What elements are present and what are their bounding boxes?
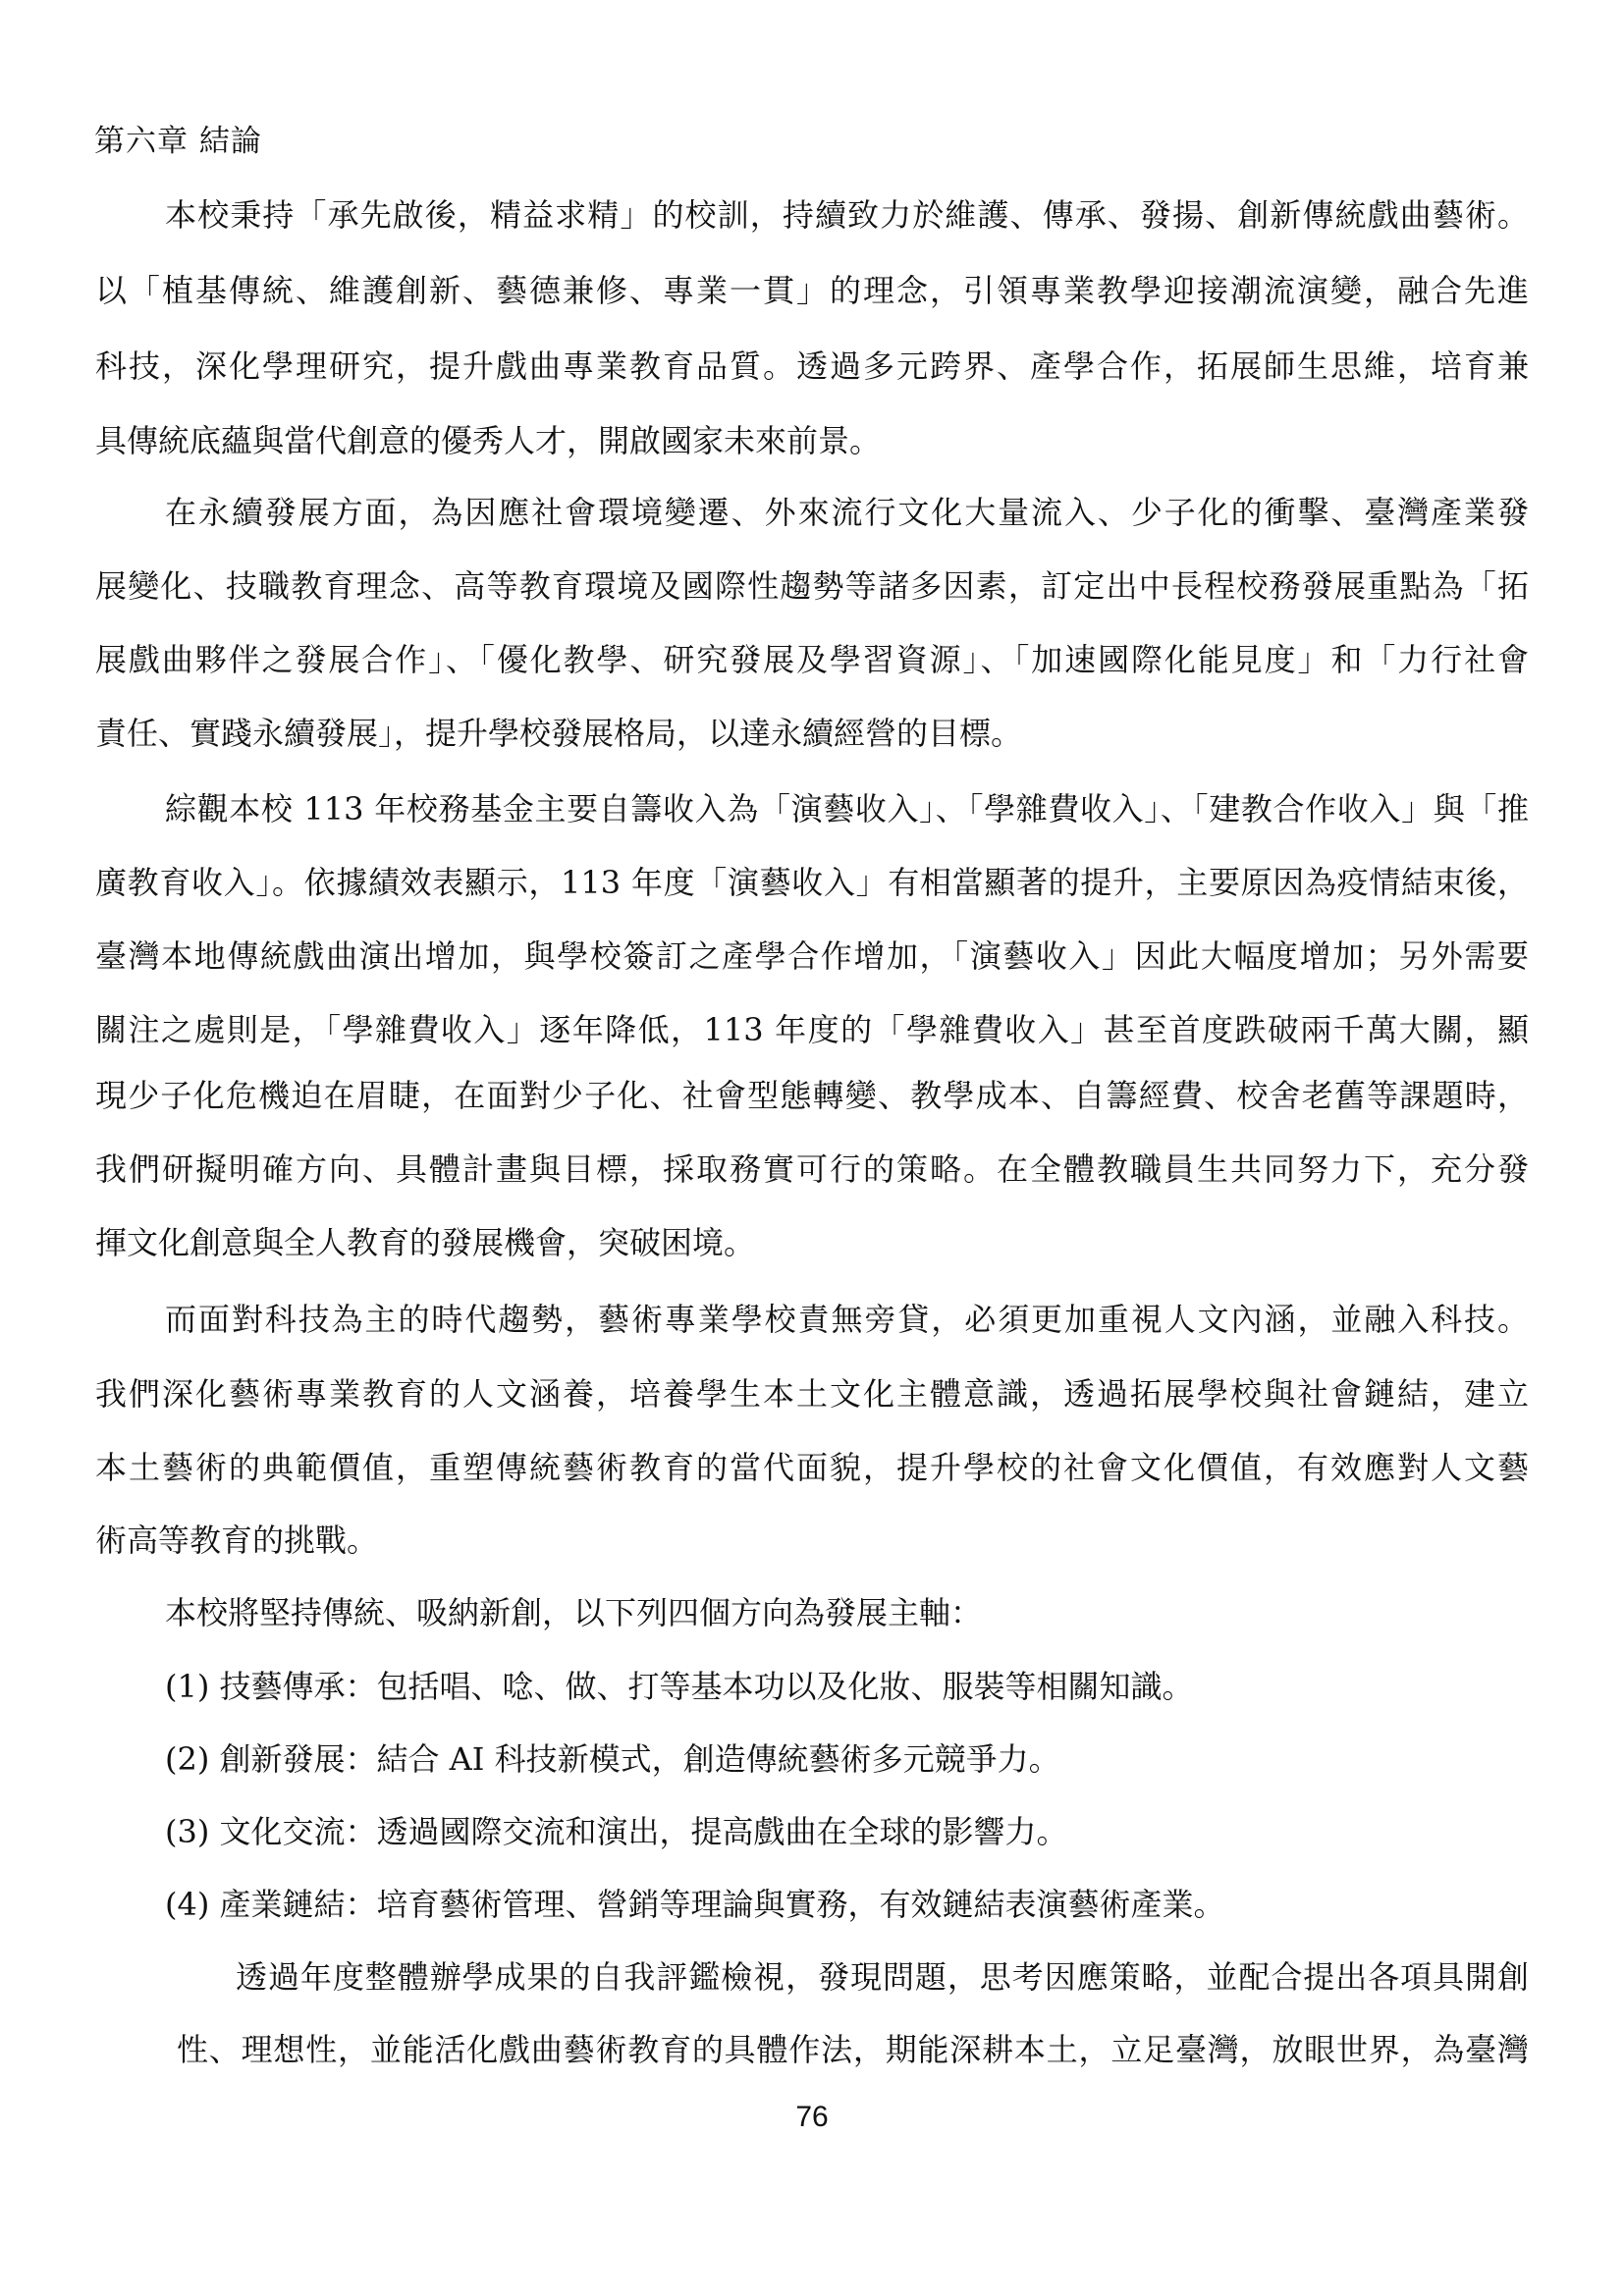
paragraph-4-line-1: 而面對科技為主的時代趨勢，藝術專業學校責無旁貸，必須更加重視人文內涵，並融入科技…: [165, 1298, 1529, 1341]
paragraph-3-line-3: 臺灣本地傳統戲曲演出增加，與學校簽訂之產學合作增加，「演藝收入」因此大幅度增加；…: [95, 934, 1529, 978]
direction-item-1: (1) 技藝傳承：包括唱、唸、做、打等基本功以及化妝、服裝等相關知識。: [165, 1665, 1529, 1708]
paragraph-3-line-5: 現少子化危機迫在眉睫，在面對少子化、社會型態轉變、教學成本、自籌經費、校舍老舊等…: [95, 1074, 1529, 1117]
paragraph-1-line-3: 科技，深化學理研究，提升戲曲專業教育品質。透過多元跨界、產學合作，拓展師生思維，…: [95, 345, 1529, 388]
paragraph-2-line-3: 展戲曲夥伴之發展合作」、「優化教學、研究發展及學習資源」、「加速國際化能見度」和…: [95, 638, 1529, 681]
paragraph-1-line-4: 具傳統底蘊與當代創意的優秀人才，開啟國家未來前景。: [95, 419, 1529, 462]
page-number: 76: [0, 2101, 1624, 2134]
closing-line-2: 性、理想性，並能活化戲曲藝術教育的具體作法，期能深耕本土，立足臺灣，放眼世界，為…: [177, 2028, 1529, 2071]
paragraph-3-line-2: 廣教育收入」。依據績效表顯示，113 年度「演藝收入」有相當顯著的提升，主要原因…: [95, 861, 1529, 904]
paragraph-2-line-1: 在永續發展方面，為因應社會環境變遷、外來流行文化大量流入、少子化的衝擊、臺灣產業…: [165, 491, 1529, 534]
direction-item-4: (4) 產業鏈結：培育藝術管理、營銷等理論與實務，有效鏈結表演藝術產業。: [165, 1883, 1529, 1926]
paragraph-3-line-4: 關注之處則是，「學雜費收入」逐年降低，113 年度的「學雜費收入」甚至首度跌破兩…: [95, 1008, 1529, 1051]
paragraph-3-line-7: 揮文化創意與全人教育的發展機會，突破困境。: [95, 1221, 1529, 1264]
paragraph-4-line-2: 我們深化藝術專業教育的人文涵養，培養學生本土文化主體意識，透過拓展學校與社會鏈結…: [95, 1372, 1529, 1415]
paragraph-1-line-1: 本校秉持「承先啟後，精益求精」的校訓，持續致力於維護、傳承、發揚、創新傳統戲曲藝…: [165, 193, 1529, 237]
paragraph-4-line-4: 術高等教育的挑戰。: [95, 1519, 1529, 1562]
closing-line-1: 透過年度整體辦學成果的自我評鑑檢視，發現問題，思考因應策略，並配合提出各項具開創: [236, 1955, 1529, 1999]
paragraph-1-line-2: 以「植基傳統、維護創新、藝德兼修、專業一貫」的理念，引領專業教學迎接潮流演變，融…: [95, 269, 1529, 312]
direction-item-3: (3) 文化交流：透過國際交流和演出，提高戲曲在全球的影響力。: [165, 1810, 1529, 1853]
directions-intro: 本校將堅持傳統、吸納新創，以下列四個方向為發展主軸：: [165, 1591, 1529, 1634]
paragraph-2-line-4: 責任、實踐永續發展」，提升學校發展格局，以達永續經營的目標。: [95, 712, 1529, 755]
paragraph-3-line-6: 我們研擬明確方向、具體計畫與目標，採取務實可行的策略。在全體教職員生共同努力下，…: [95, 1148, 1529, 1191]
direction-item-2: (2) 創新發展：結合 AI 科技新模式，創造傳統藝術多元競爭力。: [165, 1737, 1529, 1781]
paragraph-4-line-3: 本土藝術的典範價值，重塑傳統藝術教育的當代面貌，提升學校的社會文化價值，有效應對…: [95, 1446, 1529, 1489]
paragraph-3-line-1: 綜觀本校 113 年校務基金主要自籌收入為「演藝收入」、「學雜費收入」、「建教合…: [165, 787, 1529, 830]
document-page: 第六章 結論 本校秉持「承先啟後，精益求精」的校訓，持續致力於維護、傳承、發揚、…: [0, 0, 1624, 2296]
chapter-title: 第六章 結論: [94, 116, 262, 160]
paragraph-2-line-2: 展變化、技職教育理念、高等教育環境及國際性趨勢等諸多因素，訂定出中長程校務發展重…: [95, 564, 1529, 608]
